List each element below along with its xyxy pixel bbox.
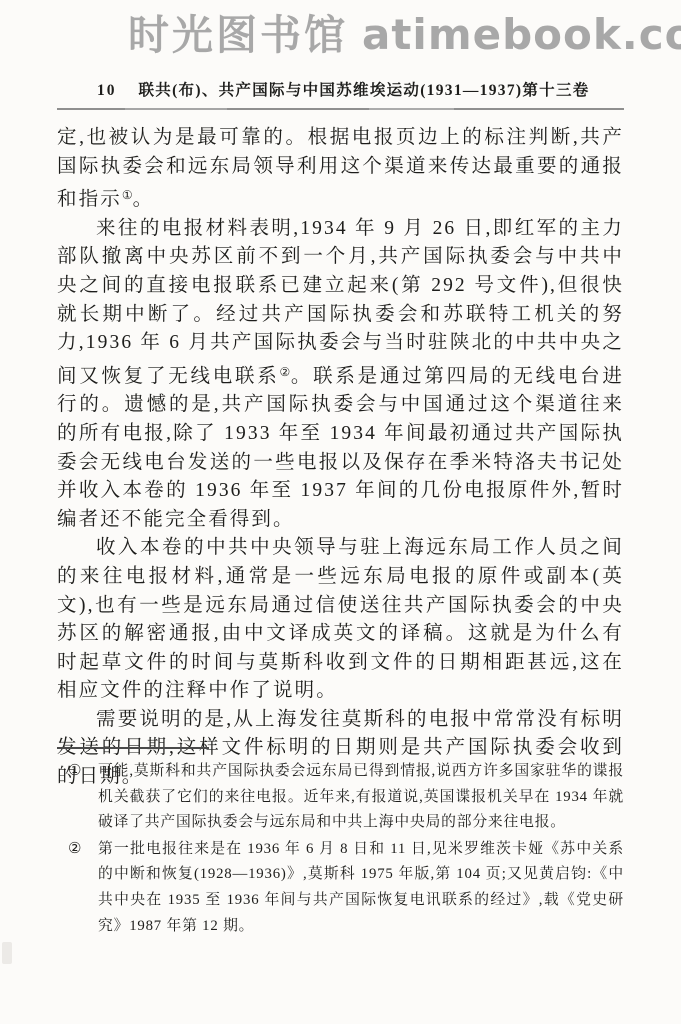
running-header: 10联共(布)、共产国际与中国苏维埃运动(1931—1937)第十三卷	[57, 78, 624, 100]
book-page: 时光图书馆atimebook.com 10联共(布)、共产国际与中国苏维埃运动(…	[0, 0, 681, 1024]
watermark: 时光图书馆atimebook.com	[128, 2, 681, 61]
footnote-row: ②第一批电报往来是在 1936 年 6 月 8 日和 11 日,见米罗维茨卡娅《…	[57, 837, 624, 939]
paragraph-run: 来往的电报材料表明,1934 年 9 月 26 日,即红军的主力部队撤离中央苏区…	[57, 218, 624, 387]
body-paragraph: 定,也被认为是最可靠的。根据电报页边上的标注判断,共产国际执委会和远东局领导利用…	[57, 124, 624, 215]
watermark-cn-text: 时光图书馆	[128, 11, 348, 59]
footnote-reference-superscript: ②	[279, 365, 290, 379]
footnote-text: 第一批电报往来是在 1936 年 6 月 8 日和 11 日,见米罗维茨卡娅《苏…	[98, 837, 624, 939]
body-paragraph: 收入本卷的中共中央领导与驻上海远东局工作人员之间的来往电报材料,通常是一些远东局…	[57, 534, 624, 706]
header-rule	[57, 108, 624, 110]
scan-smudge	[2, 942, 12, 964]
body-paragraph: 来往的电报材料表明,1934 年 9 月 26 日,即红军的主力部队撤离中央苏区…	[57, 215, 624, 535]
running-title: 联共(布)、共产国际与中国苏维埃运动(1931—1937)第十三卷	[139, 82, 590, 99]
paragraph-run: 。	[133, 189, 155, 210]
footnote-text: 可能,莫斯科和共产国际执委会远东局已得到情报,说西方许多国家驻华的谍报机关截获了…	[98, 759, 624, 836]
footnote-row: ①可能,莫斯科和共产国际执委会远东局已得到情报,说西方许多国家驻华的谍报机关截获…	[57, 759, 624, 836]
footnote-marker: ②	[57, 837, 98, 863]
page-number: 10	[97, 82, 117, 99]
footnote-reference-superscript: ①	[122, 188, 133, 202]
footnote-separator-rule	[57, 747, 209, 749]
paragraph-run: 收入本卷的中共中央领导与驻上海远东局工作人员之间的来往电报材料,通常是一些远东局…	[57, 537, 624, 701]
paragraph-run: 。联系是通过第四局的无线电台进行的。遗憾的是,共产国际执委会与中国通过这个渠道往…	[57, 366, 624, 530]
watermark-site-text: atimebook.com	[362, 10, 681, 59]
footnotes: ①可能,莫斯科和共产国际执委会远东局已得到情报,说西方许多国家驻华的谍报机关截获…	[57, 759, 624, 940]
footnote-marker: ①	[57, 759, 98, 785]
body-text: 定,也被认为是最可靠的。根据电报页边上的标注判断,共产国际执委会和远东局领导利用…	[57, 124, 624, 792]
